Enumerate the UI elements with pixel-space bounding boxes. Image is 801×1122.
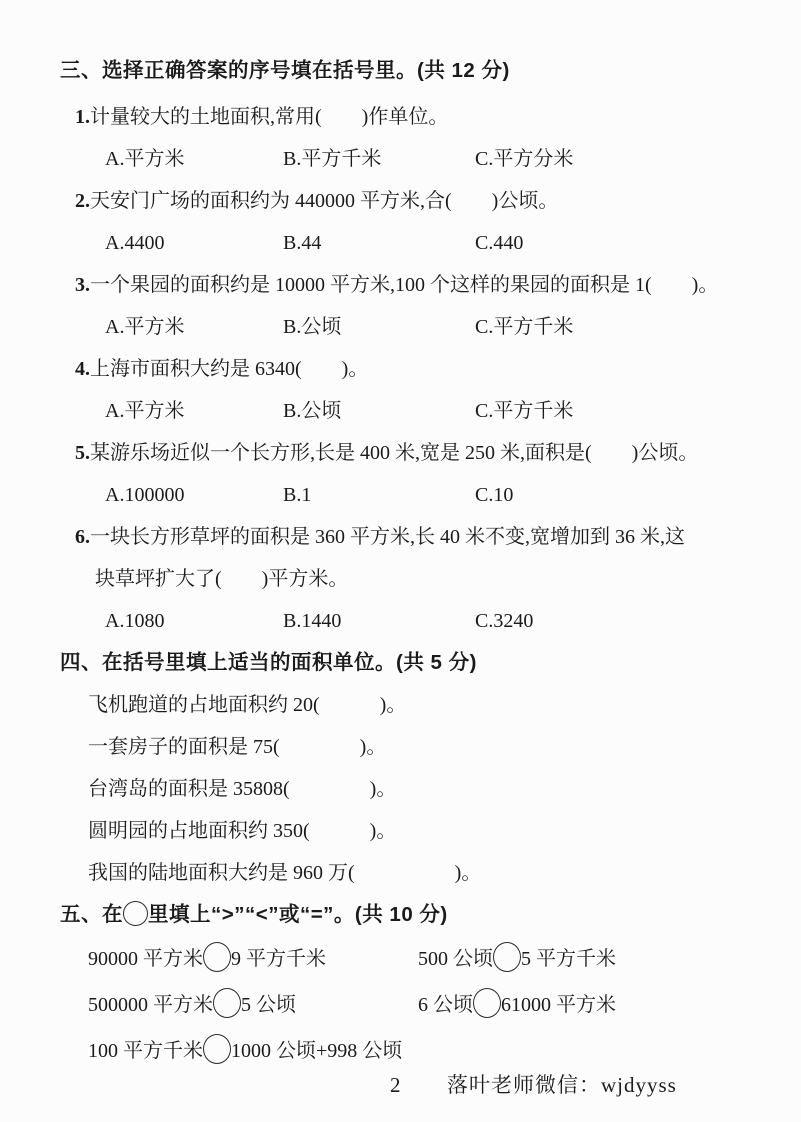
blank-circle-icon xyxy=(203,1034,231,1064)
question-3-number: 3. xyxy=(75,274,90,296)
question-5-options: A.100000 B.1 C.10 xyxy=(60,474,772,516)
question-3: 3.一个果园的面积约是 10000 平方米,100 个这样的果园的面积是 1( … xyxy=(60,264,772,306)
option-a: A.4400 xyxy=(105,222,283,264)
question-1-number: 1. xyxy=(75,106,90,128)
fill-item-4: 圆明园的占地面积约 350( )。 xyxy=(60,810,772,852)
section-compare: 五、在里填上“>”“<”或“=”。(共 10 分) 90000 平方米9 平方千… xyxy=(60,894,772,1074)
comparison-item: 100 平方千米1000 公顷+998 公顷 xyxy=(88,1028,402,1074)
question-1-options: A.平方米 B.平方千米 C.平方分米 xyxy=(60,138,772,180)
comparison-item: 90000 平方米9 平方千米 xyxy=(88,936,418,982)
option-b: B.公顷 xyxy=(283,306,475,348)
comparison-right: 9 平方千米 xyxy=(231,948,326,970)
question-2-options: A.4400 B.44 C.440 xyxy=(60,222,772,264)
comparison-right: 5 公顷 xyxy=(241,994,296,1016)
option-b: B.1440 xyxy=(283,600,475,642)
question-5-number: 5. xyxy=(75,442,90,464)
option-b: B.44 xyxy=(283,222,475,264)
comparison-left: 100 平方千米 xyxy=(88,1040,203,1062)
blank-circle-icon xyxy=(493,942,521,972)
question-2-text: 天安门广场的面积约为 440000 平方米,合( )公顷。 xyxy=(90,190,558,212)
comparison-row-1: 90000 平方米9 平方千米500 公顷5 平方千米 xyxy=(60,936,772,982)
question-4-number: 4. xyxy=(75,358,90,380)
comparison-right: 5 平方千米 xyxy=(521,948,616,970)
question-1: 1.计量较大的土地面积,常用( )作单位。 xyxy=(60,96,772,138)
section-compare-title-suffix: 里填上“>”“<”或“=”。(共 10 分) xyxy=(148,903,448,926)
fill-item-1: 飞机跑道的占地面积约 20( )。 xyxy=(60,684,772,726)
comparison-row-3: 100 平方千米1000 公顷+998 公顷 xyxy=(60,1028,772,1074)
fill-item-5: 我国的陆地面积大约是 960 万( )。 xyxy=(60,852,772,894)
question-2-number: 2. xyxy=(75,190,90,212)
option-b: B.公顷 xyxy=(283,390,475,432)
option-c: C.平方分米 xyxy=(475,138,772,180)
comparison-row-2: 500000 平方米5 公顷6 公顷61000 平方米 xyxy=(60,982,772,1028)
question-6-text: 一块长方形草坪的面积是 360 平方米,长 40 米不变,宽增加到 36 米,这… xyxy=(90,526,685,590)
comparison-item: 6 公顷61000 平方米 xyxy=(418,982,748,1028)
section-fill-units-title: 四、在括号里填上适当的面积单位。(共 5 分) xyxy=(60,642,772,684)
option-a: A.1080 xyxy=(105,600,283,642)
comparison-left: 500 公顷 xyxy=(418,948,493,970)
option-c: C.10 xyxy=(475,474,772,516)
comparison-right: 1000 公顷+998 公顷 xyxy=(231,1040,402,1062)
question-6-number: 6. xyxy=(75,526,90,548)
question-4-options: A.平方米 B.公顷 C.平方千米 xyxy=(60,390,772,432)
comparison-left: 6 公顷 xyxy=(418,994,473,1016)
option-a: A.平方米 xyxy=(105,306,283,348)
question-4: 4.上海市面积大约是 6340( )。 xyxy=(60,348,772,390)
question-3-text: 一个果园的面积约是 10000 平方米,100 个这样的果园的面积是 1( )。 xyxy=(90,274,718,296)
question-4-text: 上海市面积大约是 6340( )。 xyxy=(90,358,368,380)
section-compare-title-prefix: 五、在 xyxy=(60,903,123,926)
worksheet-page: 三、选择正确答案的序号填在括号里。(共 12 分) 1.计量较大的土地面积,常用… xyxy=(0,0,801,1122)
comparison-item: 500 公顷5 平方千米 xyxy=(418,936,748,982)
blank-circle-icon xyxy=(203,942,231,972)
section-multiple-choice-title: 三、选择正确答案的序号填在括号里。(共 12 分) xyxy=(60,50,772,92)
worksheet-content: 三、选择正确答案的序号填在括号里。(共 12 分) 1.计量较大的土地面积,常用… xyxy=(60,50,772,1074)
question-3-options: A.平方米 B.公顷 C.平方千米 xyxy=(60,306,772,348)
blank-circle-icon xyxy=(123,901,148,926)
question-5: 5.某游乐场近似一个长方形,长是 400 米,宽是 250 米,面积是( )公顷… xyxy=(60,432,772,474)
question-5-text: 某游乐场近似一个长方形,长是 400 米,宽是 250 米,面积是( )公顷。 xyxy=(90,442,698,464)
question-2: 2.天安门广场的面积约为 440000 平方米,合( )公顷。 xyxy=(60,180,772,222)
fill-item-2: 一套房子的面积是 75( )。 xyxy=(60,726,772,768)
comparison-right: 61000 平方米 xyxy=(501,994,616,1016)
option-b: B.平方千米 xyxy=(283,138,475,180)
section-fill-units: 四、在括号里填上适当的面积单位。(共 5 分) 飞机跑道的占地面积约 20( )… xyxy=(60,642,772,894)
option-c: C.3240 xyxy=(475,600,772,642)
blank-circle-icon xyxy=(473,988,501,1018)
option-a: A.平方米 xyxy=(105,390,283,432)
option-c: C.440 xyxy=(475,222,772,264)
fill-item-3: 台湾岛的面积是 35808( )。 xyxy=(60,768,772,810)
option-b: B.1 xyxy=(283,474,475,516)
blank-circle-icon xyxy=(213,988,241,1018)
page-footer: 2 落叶老师微信：wjdyyss xyxy=(0,1070,801,1100)
option-c: C.平方千米 xyxy=(475,306,772,348)
question-6-options: A.1080 B.1440 C.3240 xyxy=(60,600,772,642)
option-a: A.100000 xyxy=(105,474,283,516)
page-number: 2 xyxy=(390,1070,401,1100)
comparison-left: 90000 平方米 xyxy=(88,948,203,970)
question-6: 6.一块长方形草坪的面积是 360 平方米,长 40 米不变,宽增加到 36 米… xyxy=(60,516,772,600)
comparison-left: 500000 平方米 xyxy=(88,994,213,1016)
question-1-text: 计量较大的土地面积,常用( )作单位。 xyxy=(90,106,448,128)
option-c: C.平方千米 xyxy=(475,390,772,432)
section-multiple-choice: 三、选择正确答案的序号填在括号里。(共 12 分) 1.计量较大的土地面积,常用… xyxy=(60,50,772,642)
section-compare-title: 五、在里填上“>”“<”或“=”。(共 10 分) xyxy=(60,894,772,936)
comparison-item: 500000 平方米5 公顷 xyxy=(88,982,418,1028)
option-a: A.平方米 xyxy=(105,138,283,180)
footer-note: 落叶老师微信：wjdyyss xyxy=(447,1070,677,1100)
